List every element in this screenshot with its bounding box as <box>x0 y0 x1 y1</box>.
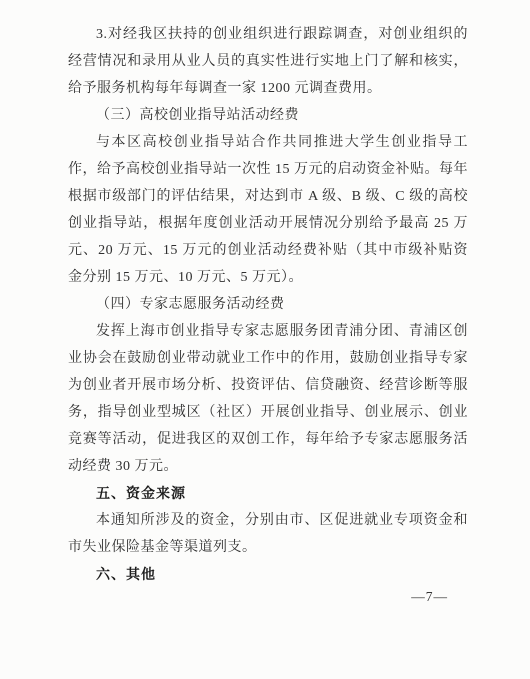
paragraph-expert-volunteer-service: 发挥上海市创业指导专家志愿服务团青浦分团、青浦区创业协会在鼓励创业带动就业工作中… <box>68 318 468 480</box>
page-number: —7— <box>411 589 448 605</box>
subheading-expert-volunteer-funds: （四）专家志愿服务活动经费 <box>68 291 468 318</box>
document-body: 3.对经我区扶持的创业组织进行跟踪调查，对创业组织的经营情况和录用从业人员的真实… <box>68 21 468 588</box>
paragraph-funding-channels: 本通知所涉及的资金，分别由市、区促进就业专项资金和市失业保险基金等渠道列支。 <box>68 507 468 561</box>
heading-other: 六、其他 <box>68 561 468 588</box>
subheading-campus-station-funds: （三）高校创业指导站活动经费 <box>68 102 468 129</box>
heading-funding-source: 五、资金来源 <box>68 480 468 507</box>
paragraph-campus-station-subsidy: 与本区高校创业指导站合作共同推进大学生创业指导工作，给予高校创业指导站一次性 1… <box>68 129 468 291</box>
paragraph-org-tracking-survey: 3.对经我区扶持的创业组织进行跟踪调查，对创业组织的经营情况和录用从业人员的真实… <box>68 21 468 102</box>
document-page: 3.对经我区扶持的创业组织进行跟踪调查，对创业组织的经营情况和录用从业人员的真实… <box>0 0 530 679</box>
